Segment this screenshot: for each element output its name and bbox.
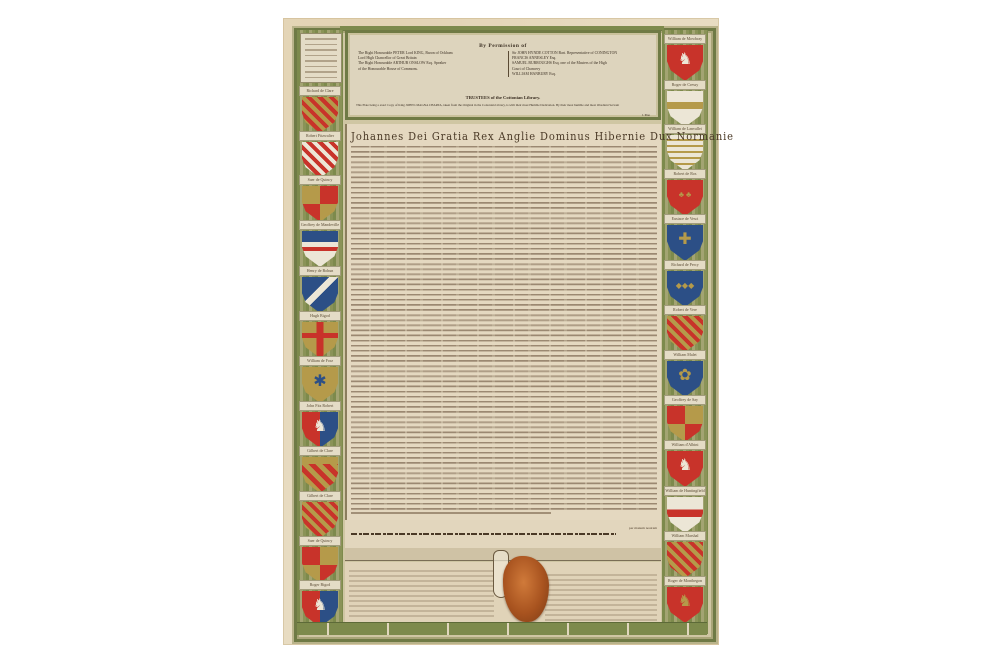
shield-label: Gilbert de Clare <box>299 491 341 501</box>
dedication-footnote: This Plate being a exact Copy of King JO… <box>356 103 650 108</box>
shield-slot: Roger de Cressy <box>664 80 706 127</box>
heraldic-charge-icon: ✚ <box>678 232 691 248</box>
charter-text-block: Johannes Dei Gratia Rex Anglie Dominus H… <box>345 124 661 520</box>
chevron-icon <box>667 316 703 352</box>
shield-slot: Richard de Clare <box>299 86 341 133</box>
heraldic-charge-icon: ♞ <box>678 594 692 610</box>
fusils-icon: ◆◆◆ <box>667 271 703 307</box>
shield-slot: Henry de Bohun <box>299 266 341 313</box>
shield-label: Robert de Vere <box>664 305 706 315</box>
charter-last-line <box>351 512 551 514</box>
roundels-icon: ●●● <box>667 497 703 533</box>
dedication-header: By Permission of The Right Honourable PE… <box>345 30 661 120</box>
charter-body-text <box>351 144 657 512</box>
shield-slot: Saer de Quincy <box>299 175 341 222</box>
heraldic-charge-icon: ♞ <box>313 419 327 435</box>
bendy-icon <box>302 142 338 178</box>
shield-label: Robert Fitzwalter <box>299 131 341 141</box>
shield-label: Saer de Quincy <box>299 536 341 546</box>
wax-seal-icon <box>503 556 549 622</box>
shield-label: John Fitz Robert <box>299 401 341 411</box>
escallop-icon: ✿ <box>667 361 703 397</box>
shield-slot: Roger de Montbegon♞ <box>664 576 706 623</box>
shield-label: William d'Albini <box>664 440 706 450</box>
chevrons-icon <box>302 457 338 493</box>
footer-text-left <box>349 568 494 618</box>
shield-label: Roger de Montbegon <box>664 576 706 586</box>
bend-icon <box>302 277 338 313</box>
footer-text-right <box>545 572 657 622</box>
shield-label: Roger de Cressy <box>664 80 706 90</box>
heraldic-charge-icon: ♞ <box>678 458 692 474</box>
bottom-rail <box>297 622 707 635</box>
crenellated-icon <box>667 91 703 127</box>
shield-slot: John Fitz Robert♞ <box>299 401 341 448</box>
chevronels-icon <box>302 97 338 133</box>
shield-slot: Geoffrey de Mandeville <box>299 220 341 267</box>
chevronels-icon <box>302 502 338 538</box>
shield-slot: Robert Fitzwalter <box>299 131 341 178</box>
cross-icon <box>302 322 338 358</box>
lion-icon: ♞ <box>302 412 338 448</box>
witness-note: per manum nostram <box>617 526 657 531</box>
shield-label: William de Forz <box>299 356 341 366</box>
shield-label: Richard de Percy <box>664 260 706 270</box>
heraldic-charge-icon: ♣ ♣ <box>679 191 692 199</box>
shield-slot: Robert de Ros♣ ♣ <box>664 169 706 216</box>
heraldic-charge-icon: ✿ <box>678 368 691 384</box>
shield-slot: Roger Bigod♞ <box>299 580 341 627</box>
shield-label: Saer de Quincy <box>299 175 341 185</box>
shield-slot: Gilbert de Clare <box>299 446 341 493</box>
shield-slot: Hugh Bigod <box>299 311 341 358</box>
shield-slot: Robert de Vere <box>664 305 706 352</box>
header-right-names: Sir JOHN HYNDE COTTON Bart. Representati… <box>508 51 660 77</box>
header-line: WILLIAM HANBURY Esq. <box>512 72 660 77</box>
shield-label: William de Mowbray <box>664 34 706 44</box>
shield-slot: William d'Albini♞ <box>664 440 706 487</box>
witness-clause: per manum nostram <box>345 520 661 548</box>
witness-line <box>351 533 616 535</box>
shield-label: Roger Bigod <box>299 580 341 590</box>
charter-opening-line: Johannes Dei Gratia Rex Anglie Dominus H… <box>351 130 734 143</box>
cross-icon: ✚ <box>667 225 703 261</box>
chief-barry-icon <box>302 231 338 267</box>
quarterly-icon <box>302 186 338 222</box>
shield-slot: William de Forz✱ <box>299 356 341 403</box>
shield-slot: William de Huntingfield●●● <box>664 486 706 533</box>
shield-slot: William Marshal <box>664 531 706 578</box>
shield-slot: Gilbert de Clare <box>299 491 341 538</box>
shield-slot: Richard de Percy◆◆◆ <box>664 260 706 307</box>
shield-label: William Marshal <box>664 531 706 541</box>
water-bouget-icon: ♣ ♣ <box>667 180 703 216</box>
shield-label: Geoffrey de Mandeville <box>299 220 341 230</box>
heraldic-charge-icon: ✱ <box>313 374 326 390</box>
shield-slot: Saer de Quincy <box>299 536 341 583</box>
lion-icon: ♞ <box>667 587 703 623</box>
heraldic-charge-icon: ♞ <box>313 598 327 614</box>
heraldic-charge-icon: ●●● <box>678 508 693 516</box>
shield-label: Richard de Clare <box>299 86 341 96</box>
lion-icon: ♞ <box>667 451 703 487</box>
shield-label: William de Huntingfield <box>664 486 706 496</box>
quarterly-icon <box>302 547 338 583</box>
shield-slot: Geoffrey de Say <box>664 395 706 442</box>
heraldic-charge-icon: ♞ <box>678 52 692 68</box>
header-left-names: The Right Honourable PETER Lord KING, Ba… <box>358 51 508 72</box>
shield-label: William Malet <box>664 350 706 360</box>
shield-label: Eustace de Vesci <box>664 214 706 224</box>
mullet-icon: ✱ <box>302 367 338 403</box>
engraver-signature: J. Pine <box>642 113 650 117</box>
header-line: of the Honourable House of Commons. <box>358 67 508 72</box>
chevronels-icon <box>667 542 703 578</box>
shield-label: Robert de Ros <box>664 169 706 179</box>
shield-label: Hugh Bigod <box>299 311 341 321</box>
heraldic-charge-icon: ◆◆◆ <box>676 282 694 290</box>
shield-label: Henry de Bohun <box>299 266 341 276</box>
shield-label: Gilbert de Clare <box>299 446 341 456</box>
quarterly-icon <box>667 406 703 442</box>
trustees-heading: TRUSTEES of the Cottonian Library. <box>348 95 658 100</box>
left-note-panel <box>300 33 342 83</box>
shield-slot: William Malet✿ <box>664 350 706 397</box>
header-title: By Permission of <box>348 43 658 49</box>
lion-icon: ♞ <box>667 45 703 81</box>
shield-slot: William de Mowbray♞ <box>664 34 706 81</box>
shield-label: Geoffrey de Say <box>664 395 706 405</box>
shield-slot: Eustace de Vesci✚ <box>664 214 706 261</box>
